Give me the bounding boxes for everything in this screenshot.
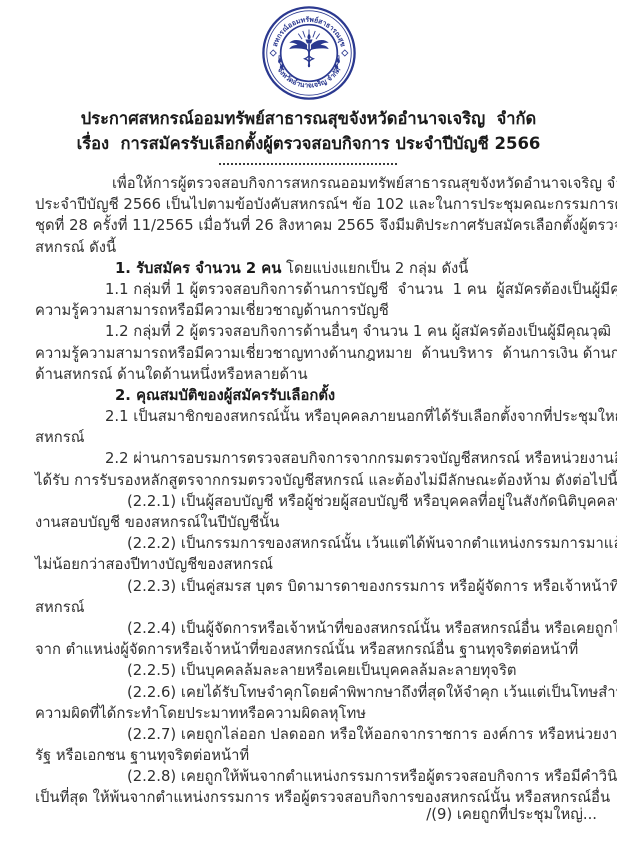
body-line: สหกรณ์ [35,597,597,618]
body-line: ความรู้ความสามารถหรือมีความเชี่ยวชาญทางด… [35,343,597,364]
body-line: (2.2.4) เป็นผู้จัดการหรือเจ้าหน้าที่ของส… [35,618,597,639]
body-line: (2.2.8) เคยถูกให้พ้นจากตำแหน่งกรรมการหรื… [35,766,597,787]
body-line: ได้รับ การรับรองหลักสูตรจากกรมตรวจบัญชีส… [35,470,597,491]
body-line: รัฐ หรือเอกชน ฐานทุจริตต่อหน้าที่ [35,745,597,766]
body-line-heading: 2. คุณสมบัติของผู้สมัครรับเลือกตั้ง [115,387,335,404]
body-line: (2.2.6) เคยได้รับโทษจำคุกโดยคำพิพากษาถึง… [35,682,597,703]
body-line: ความผิดที่ได้กระทำโดยประมาทหรือความผิดลห… [35,703,597,724]
body-line: เพื่อให้การผู้ตรวจสอบกิจการสหกรณออมทรัพย… [35,173,597,194]
body-line: ความรู้ความสามารถหรือมีความเชี่ยวชาญด้าน… [35,300,597,321]
cooperative-seal-logo: สหกรณ์ออมทรัพย์สาธารณสุข จังหวัดอำนาจเจร… [261,5,357,101]
body-line: (2.2.3) เป็นคู่สมรส บุตร บิดามารดาของกรร… [35,576,597,597]
body-line: ชุดที่ 28 ครั้งที่ 11/2565 เมื่อวันที่ 2… [35,215,597,236]
document-body: เพื่อให้การผู้ตรวจสอบกิจการสหกรณออมทรัพย… [35,173,597,809]
body-line: 2.2 ผ่านการอบรมการตรวจสอบกิจการจากกรมตรว… [35,448,597,469]
page-continuation-note: /(9) เคยถูกที่ประชุมใหญ่... [35,804,597,825]
body-line: (2.2.5) เป็นบุคคลล้มละลายหรือเคยเป็นบุคค… [35,660,597,681]
body-line: (2.2.7) เคยถูกไล่ออก ปลดออก หรือให้ออกจา… [35,724,597,745]
logo-container: สหกรณ์ออมทรัพย์สาธารณสุข จังหวัดอำนาจเจร… [0,5,617,101]
body-line: (2.2.2) เป็นกรรมการของสหกรณ์นั้น เว้นแต่… [35,533,597,554]
body-line: 2.1 เป็นสมาชิกของสหกรณ์นั้น หรือบุคคลภาย… [35,406,597,427]
document-title: ประกาศสหกรณ์ออมทรัพย์สาธารณสุขจังหวัดอำน… [0,106,617,156]
body-line: สหกรณ์ [35,427,597,448]
body-line: (2.2.1) เป็นผู้สอบบัญชี หรือผู้ช่วยผู้สอ… [35,491,597,512]
body-line: งานสอบบัญชี ของสหกรณ์ในปีบัญชีนั้น [35,512,597,533]
title-line-2: เรื่อง การสมัครรับเลือกตั้งผู้ตรวจสอบกิจ… [0,131,617,156]
body-line: 1.1 กลุ่มที่ 1 ผู้ตรวจสอบกิจการด้านการบั… [35,279,597,300]
dotted-separator [219,161,397,165]
title-line-1: ประกาศสหกรณ์ออมทรัพย์สาธารณสุขจังหวัดอำน… [0,106,617,131]
body-line: 1. รับสมัคร จำนวน 2 คน โดยแบ่งแยกเป็น 2 … [35,258,597,279]
body-line: ไม่น้อยกว่าสองปีทางบัญชีของสหกรณ์ [35,554,597,575]
body-line: จาก ตำแหน่งผู้จัดการหรือเจ้าหน้าที่ของสห… [35,639,597,660]
body-line: 2. คุณสมบัติของผู้สมัครรับเลือกตั้ง [35,385,597,406]
body-line: ประจำปีบัญชี 2566 เป็นไปตามข้อบังคับสหกร… [35,194,597,215]
document-page: สหกรณ์ออมทรัพย์สาธารณสุข จังหวัดอำนาจเจร… [0,0,617,842]
body-line-heading: 1. รับสมัคร จำนวน 2 คน [115,260,281,277]
body-line: สหกรณ์ ดังนี้ [35,237,597,258]
body-line: ด้านสหกรณ์ ด้านใดด้านหนึ่งหรือหลายด้าน [35,364,597,385]
body-line: 1.2 กลุ่มที่ 2 ผู้ตรวจสอบกิจการด้านอื่นๆ… [35,321,597,342]
